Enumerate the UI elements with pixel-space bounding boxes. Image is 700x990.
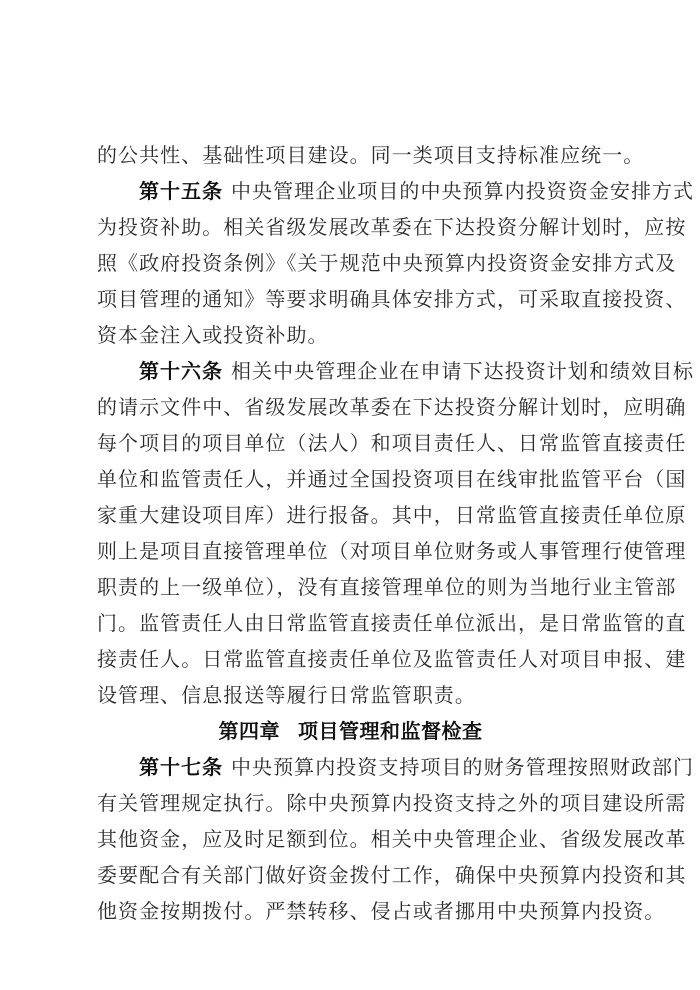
article-15-line: 为投资补助。相关省级发展改革委在下达投资分解计划时，应按 — [97, 209, 604, 245]
article-15-line: 资本金注入或投资补助。 — [97, 317, 604, 353]
article-16-line: 设管理、信息报送等履行日常监管职责。 — [97, 677, 604, 713]
article-17-line: 他资金按期拨付。严禁转移、侵占或者挪用中央预算内投资。 — [97, 893, 604, 929]
article-16-line: 的请示文件中、省级发展改革委在下达投资分解计划时，应明确 — [97, 389, 604, 425]
article-15-first-line: 第十五条中央管理企业项目的中央预算内投资资金安排方式 — [97, 173, 604, 209]
article-16-text: 相关中央管理企业在申请下达投资计划和绩效目标 — [231, 359, 694, 383]
document-page: 的公共性、基础性项目建设。同一类项目支持标准应统一。 第十五条中央管理企业项目的… — [97, 137, 604, 929]
article-16-line: 单位和监管责任人，并通过全国投资项目在线审批监管平台（国 — [97, 461, 604, 497]
article-16-line: 门。监管责任人由日常监管直接责任单位派出，是日常监管的直 — [97, 605, 604, 641]
article-16-heading: 第十六条 — [139, 359, 223, 383]
chapter-heading: 第四章项目管理和监督检查 — [97, 713, 604, 749]
article-16-line: 职责的上一级单位），没有直接管理单位的则为当地行业主管部 — [97, 569, 604, 605]
paragraph-continuation-line: 的公共性、基础性项目建设。同一类项目支持标准应统一。 — [97, 137, 604, 173]
article-17-first-line: 第十七条中央预算内投资支持项目的财务管理按照财政部门 — [97, 749, 604, 785]
article-16-line: 家重大建设项目库）进行报备。其中，日常监管直接责任单位原 — [97, 497, 604, 533]
article-17-line: 委要配合有关部门做好资金拨付工作，确保中央预算内投资和其 — [97, 857, 604, 893]
article-17-text: 中央预算内投资支持项目的财务管理按照财政部门 — [231, 755, 694, 779]
chapter-number: 第四章 — [219, 719, 281, 743]
article-16-line: 则上是项目直接管理单位（对项目单位财务或人事管理行使管理 — [97, 533, 604, 569]
article-16-first-line: 第十六条相关中央管理企业在申请下达投资计划和绩效目标 — [97, 353, 604, 389]
article-16-line: 每个项目的项目单位（法人）和项目责任人、日常监管直接责任 — [97, 425, 604, 461]
article-15-heading: 第十五条 — [139, 179, 223, 203]
chapter-title: 项目管理和监督检查 — [298, 719, 483, 743]
article-15-line: 照《政府投资条例》《关于规范中央预算内投资资金安排方式及 — [97, 245, 604, 281]
article-16-line: 接责任人。日常监管直接责任单位及监管责任人对项目申报、建 — [97, 641, 604, 677]
article-15-text: 中央管理企业项目的中央预算内投资资金安排方式 — [231, 179, 694, 203]
article-17-line: 其他资金，应及时足额到位。相关中央管理企业、省级发展改革 — [97, 821, 604, 857]
article-15-line: 项目管理的通知》等要求明确具体安排方式，可采取直接投资、 — [97, 281, 604, 317]
article-17-heading: 第十七条 — [139, 755, 223, 779]
article-17-line: 有关管理规定执行。除中央预算内投资支持之外的项目建设所需 — [97, 785, 604, 821]
